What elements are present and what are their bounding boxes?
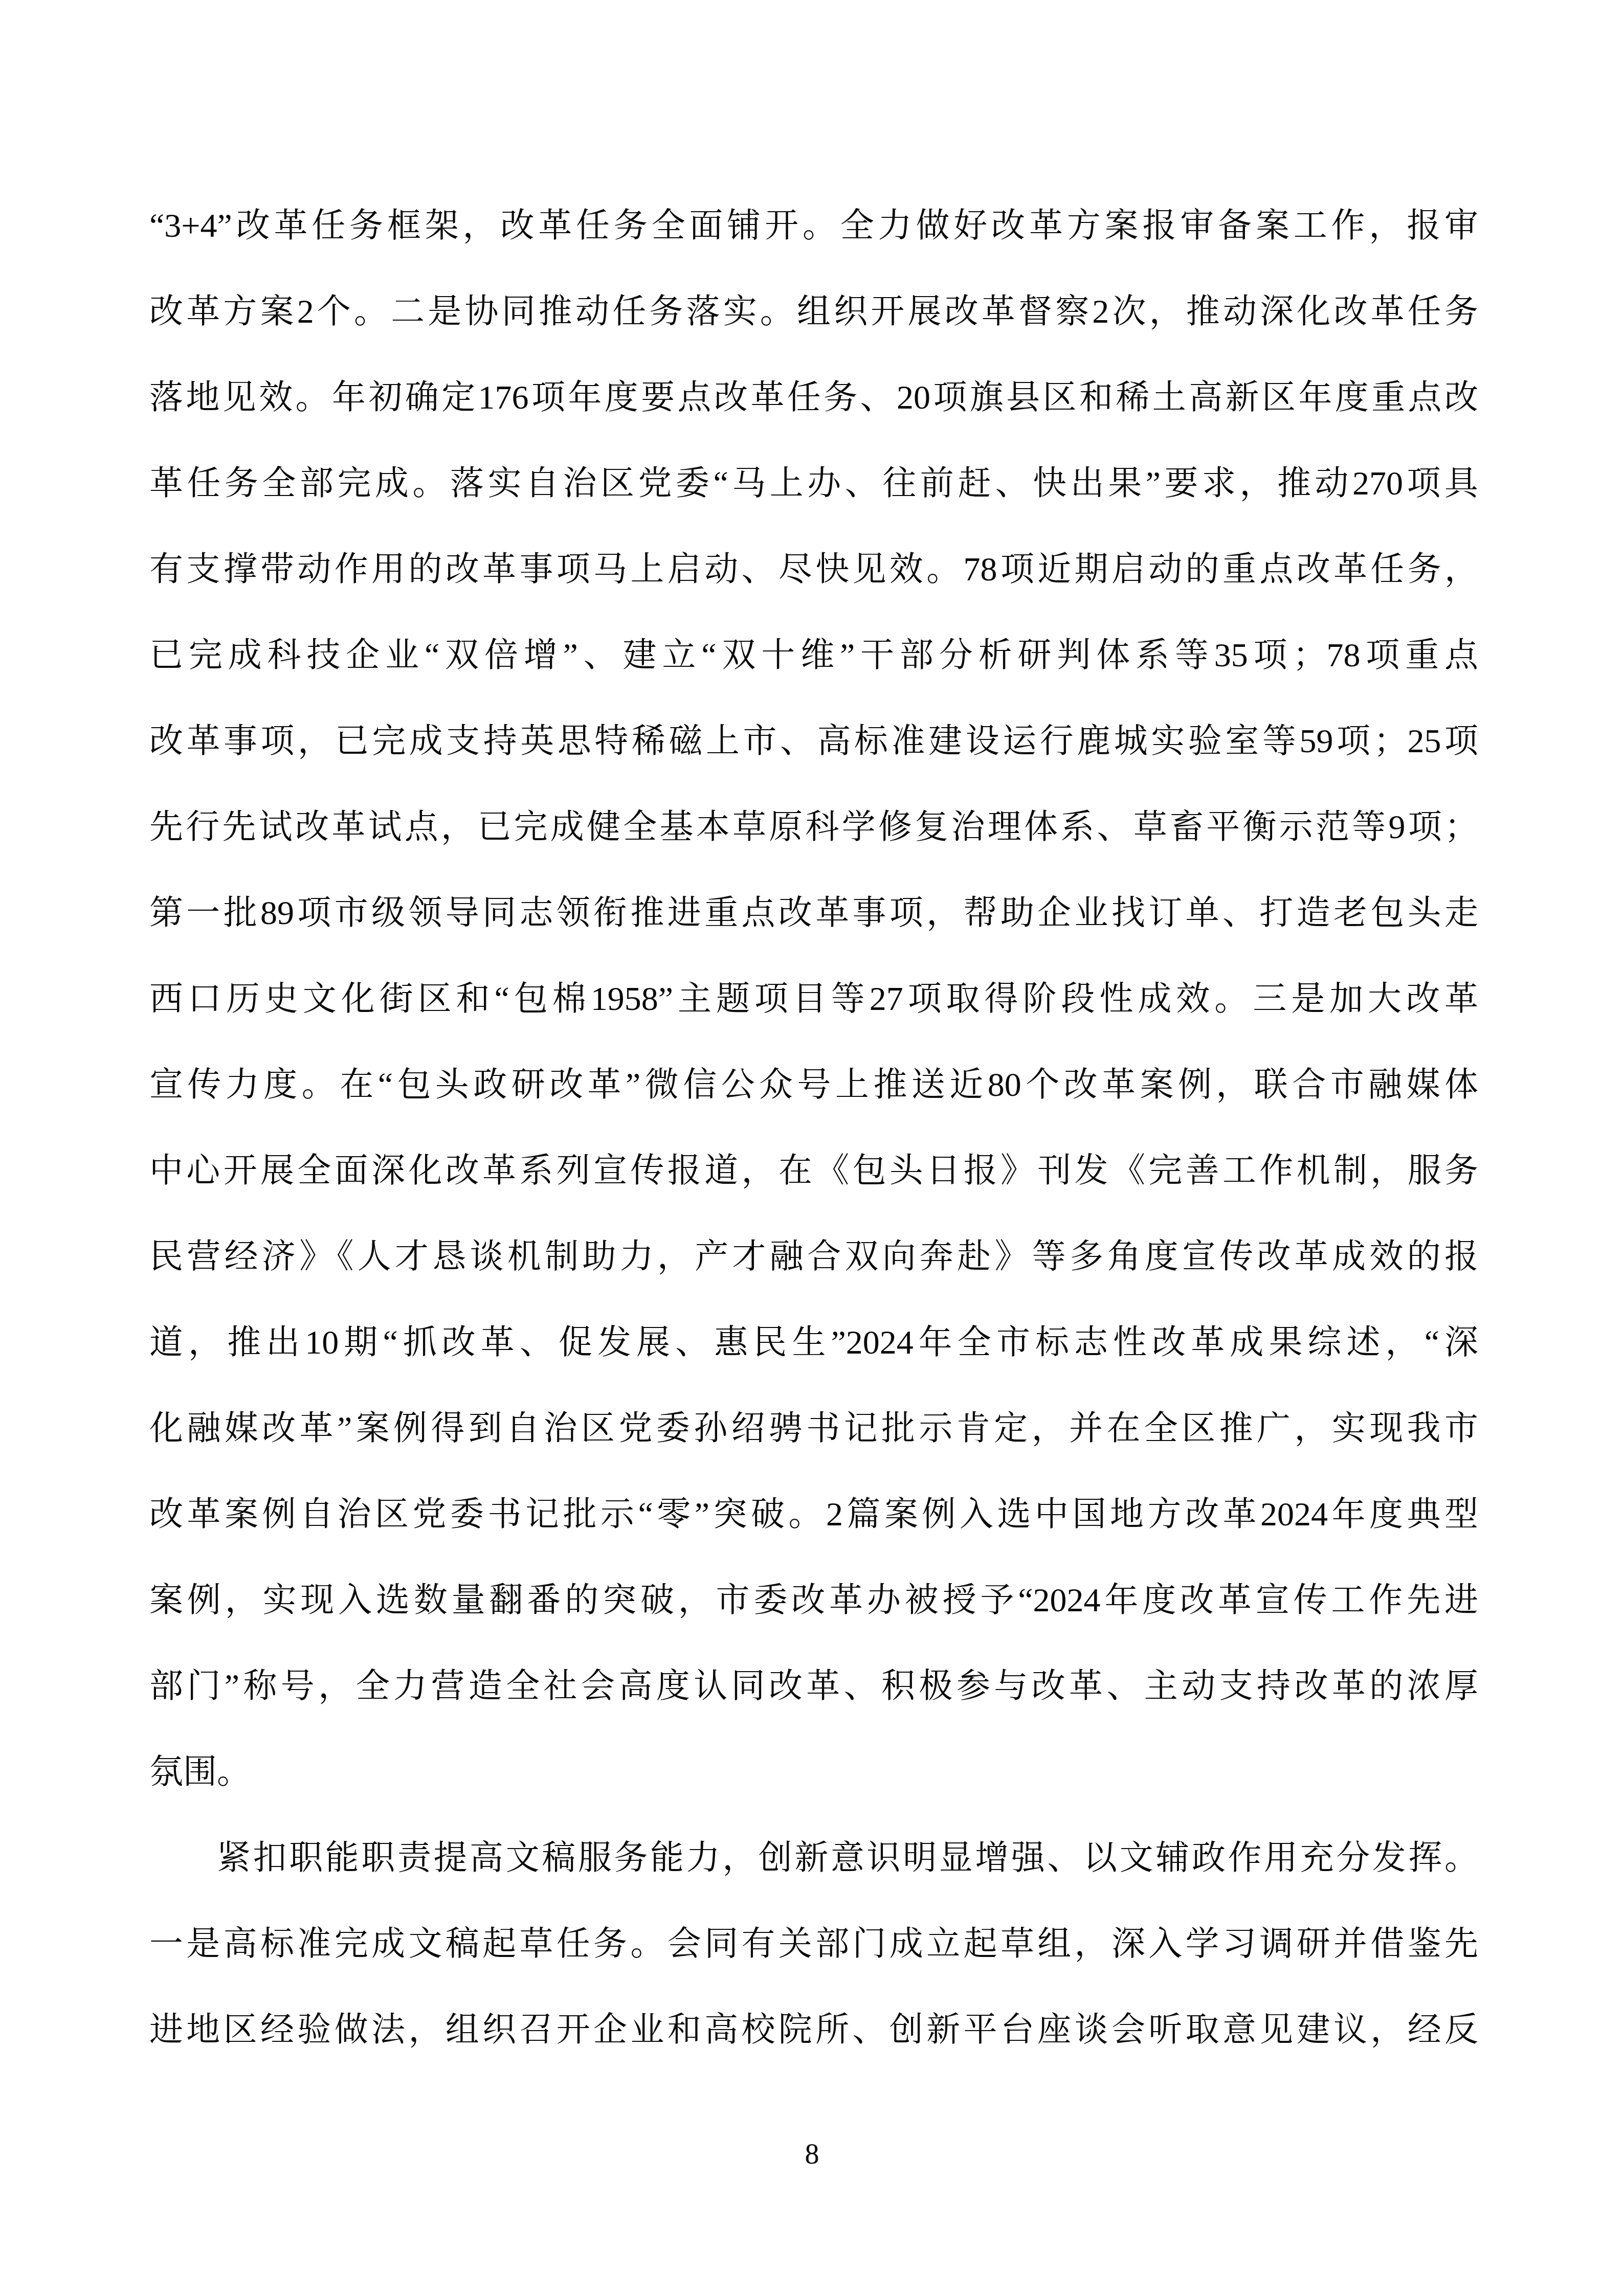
body-line: “3+4”改革任务框架，改革任务全面铺开。全力做好改革方案报审备案工作，报审 [149, 183, 1478, 269]
body-line: 有支撑带动作用的改革事项马上启动、尽快见效。78项近期启动的重点改革任务， [149, 527, 1478, 613]
body-line: 案例，实现入选数量翻番的突破，市委改革办被授予“2024年度改革宣传工作先进 [149, 1558, 1478, 1644]
body-line: 部门”称号，全力营造全社会高度认同改革、积极参与改革、主动支持改革的浓厚 [149, 1644, 1478, 1729]
body-line: 第一批89项市级领导同志领衔推进重点改革事项，帮助企业找订单、打造老包头走 [149, 870, 1478, 956]
body-line: 中心开展全面深化改革系列宣传报道，在《包头日报》刊发《完善工作机制，服务 [149, 1128, 1478, 1214]
body-line: 改革案例自治区党委书记批示“零”突破。2篇案例入选中国地方改革2024年度典型 [149, 1472, 1478, 1558]
body-line: 道，推出10期“抓改革、促发展、惠民生”2024年全市标志性改革成果综述，“深 [149, 1300, 1478, 1386]
body-line: 改革方案2个。二是协同推动任务落实。组织开展改革督察2次，推动深化改革任务 [149, 269, 1478, 355]
body-line: 进地区经验做法，组织召开企业和高校院所、创新平台座谈会听取意见建议，经反 [149, 1987, 1478, 2073]
body-text: “3+4”改革任务框架，改革任务全面铺开。全力做好改革方案报审备案工作，报审 改… [149, 183, 1478, 2073]
body-line: 化融媒改革”案例得到自治区党委孙绍骋书记批示肯定，并在全区推广，实现我市 [149, 1386, 1478, 1472]
body-line: 西口历史文化街区和“包棉1958”主题项目等27项取得阶段性成效。三是加大改革 [149, 956, 1478, 1042]
body-line-paragraph-start: 紧扣职能职责提高文稿服务能力，创新意识明显增强、以文辅政作用充分发挥。 [149, 1815, 1478, 1901]
body-line: 一是高标准完成文稿起草任务。会同有关部门成立起草组，深入学习调研并借鉴先 [149, 1901, 1478, 1987]
body-line: 革任务全部完成。落实自治区党委“马上办、往前赶、快出果”要求，推动270项具 [149, 441, 1478, 527]
body-line: 落地见效。年初确定176项年度要点改革任务、20项旗县区和稀土高新区年度重点改 [149, 355, 1478, 441]
body-line: 已完成科技企业“双倍增”、建立“双十维”干部分析研判体系等35项；78项重点 [149, 613, 1478, 699]
body-line: 宣传力度。在“包头政研改革”微信公众号上推送近80个改革案例，联合市融媒体 [149, 1042, 1478, 1128]
page-number: 8 [0, 2131, 1624, 2177]
body-line-paragraph-end: 氛围。 [149, 1729, 1478, 1815]
document-page: “3+4”改革任务框架，改革任务全面铺开。全力做好改革方案报审备案工作，报审 改… [0, 0, 1624, 2296]
body-line: 民营经济》《人才恳谈机制助力，产才融合双向奔赴》等多角度宣传改革成效的报 [149, 1214, 1478, 1300]
body-line: 改革事项，已完成支持英思特稀磁上市、高标准建设运行鹿城实验室等59项；25项 [149, 699, 1478, 784]
body-line: 先行先试改革试点，已完成健全基本草原科学修复治理体系、草畜平衡示范等9项； [149, 784, 1478, 870]
